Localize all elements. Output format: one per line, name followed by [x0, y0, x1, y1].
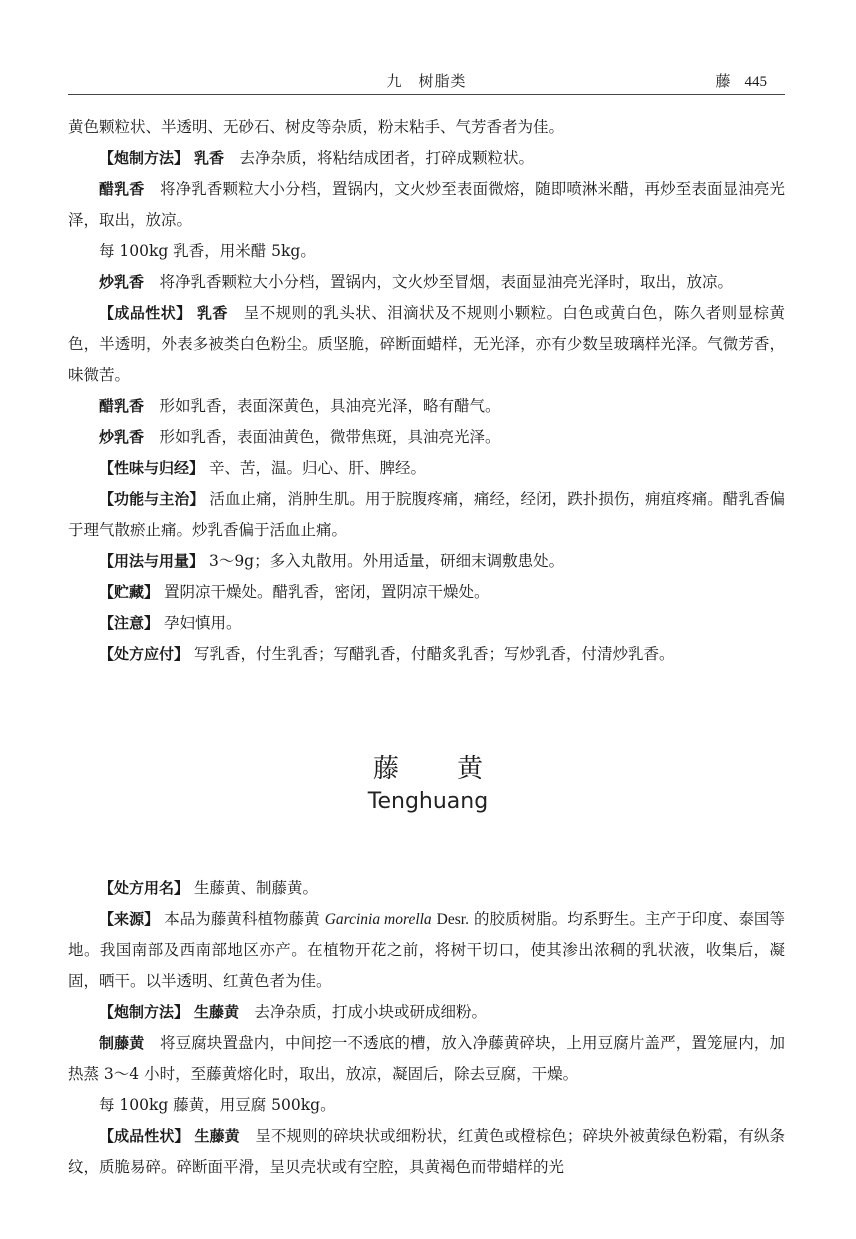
item-text: 形如乳香，表面深黄色，具油亮光泽，略有醋气。 [160, 397, 501, 415]
title-char: 藤 [373, 754, 399, 784]
running-header: 九 树脂类 藤445 [68, 62, 785, 95]
section-label: 【处方用名】 [99, 879, 189, 897]
section-text: 写乳香，付生乳香；写醋乳香，付醋炙乳香；写炒乳香，付清炒乳香。 [194, 645, 675, 663]
characteristics-ruxiang: 【成品性状】 乳香呈不规则的乳头状、泪滴状及不规则小颗粒。白色或黄白色，陈久者则… [68, 298, 785, 391]
item-text: 将净乳香颗粒大小分档，置锅内，文火炒至冒烟，表面显油亮光泽时，取出，放凉。 [160, 273, 734, 291]
latin-author: Desr. [437, 911, 469, 928]
item-name: 炒乳香 [99, 428, 144, 446]
processing-sheng-tenghuang: 【炮制方法】 生藤黄去净杂质，打成小块或研成细粉。 [68, 997, 785, 1028]
dosage: 【用法与用量】 3～9g；多入丸散用。外用适量，研细末调敷患处。 [68, 546, 785, 577]
title-char: 黄 [457, 754, 483, 784]
section-label: 【成品性状】 [99, 304, 192, 322]
entry-title-chinese: 藤黄 [0, 748, 856, 785]
chapter-title: 九 树脂类 [68, 70, 785, 91]
caution: 【注意】 孕妇慎用。 [68, 608, 785, 639]
section-label: 【炮制方法】 [99, 149, 189, 167]
section-label: 【成品性状】 [99, 1127, 189, 1145]
item-text: 去净杂质，打成小块或研成细粉。 [254, 1003, 487, 1021]
function-indication: 【功能与主治】 活血止痛，消肿生肌。用于脘腹疼痛，痛经，经闭，跌扑损伤，痈疽疼痛… [68, 484, 785, 546]
item-text: 将净乳香颗粒大小分档，置锅内，文火炒至表面微熔，随即喷淋米醋，再炒至表面显油亮光… [68, 180, 785, 229]
processing-ruxiang: 【炮制方法】 乳香去净杂质，将粘结成团者，打碎成颗粒状。 [68, 143, 785, 174]
characteristics-cu-ruxiang: 醋乳香形如乳香，表面深黄色，具油亮光泽，略有醋气。 [68, 391, 785, 422]
section-ruxiang-continued: 黄色颗粒状、半透明、无砂石、树皮等杂质，粉末粘手、气芳香者为佳。 【炮制方法】 … [68, 112, 785, 670]
processing-chao-ruxiang: 炒乳香将净乳香颗粒大小分档，置锅内，文火炒至冒烟，表面显油亮光泽时，取出，放凉。 [68, 267, 785, 298]
running-title: 藤 [715, 72, 730, 90]
entry-title: 藤黄 Tenghuang [0, 748, 856, 814]
item-name: 生藤黄 [194, 1003, 239, 1021]
section-label: 【处方应付】 [99, 645, 189, 663]
processing-ratio: 每 100kg 藤黄，用豆腐 500kg。 [68, 1090, 785, 1121]
section-label: 【性味与归经】 [99, 459, 204, 477]
item-name: 醋乳香 [99, 397, 144, 415]
section-text: 本品为藤黄科植物藤黄 [164, 910, 320, 928]
latin-name: Garcinia morella [325, 911, 432, 928]
item-name: 生藤黄 [195, 1127, 240, 1145]
item-name: 醋乳香 [99, 180, 144, 198]
section-text: 置阴凉干燥处。醋乳香，密闭，置阴凉干燥处。 [164, 583, 490, 601]
section-label: 【来源】 [99, 910, 159, 928]
page-number: 445 [745, 74, 768, 90]
section-label: 【用法与用量】 [99, 552, 204, 570]
processing-ratio: 每 100kg 乳香，用米醋 5kg。 [68, 236, 785, 267]
item-text: 去净杂质，将粘结成团者，打碎成颗粒状。 [239, 149, 534, 167]
processing-cu-ruxiang: 醋乳香将净乳香颗粒大小分档，置锅内，文火炒至表面微熔，随即喷淋米醋，再炒至表面显… [68, 174, 785, 236]
storage: 【贮藏】 置阴凉干燥处。醋乳香，密闭，置阴凉干燥处。 [68, 577, 785, 608]
page-info: 藤445 [715, 70, 767, 91]
section-label: 【贮藏】 [99, 583, 159, 601]
characteristics-chao-ruxiang: 炒乳香形如乳香，表面油黄色，微带焦斑，具油亮光泽。 [68, 422, 785, 453]
processing-zhi-tenghuang: 制藤黄将豆腐块置盘内，中间挖一不透底的槽，放入净藤黄碎块，上用豆腐片盖严，置笼屉… [68, 1028, 785, 1090]
section-text: 辛、苦，温。归心、肝、脾经。 [209, 459, 426, 477]
section-text: 孕妇慎用。 [164, 614, 242, 632]
prescription-dispensing: 【处方应付】 写乳香，付生乳香；写醋乳香，付醋炙乳香；写炒乳香，付清炒乳香。 [68, 639, 785, 670]
section-label: 【炮制方法】 [99, 1003, 189, 1021]
source: 【来源】 本品为藤黄科植物藤黄 Garcinia morella Desr. 的… [68, 904, 785, 997]
nature-meridian: 【性味与归经】 辛、苦，温。归心、肝、脾经。 [68, 453, 785, 484]
section-label: 【功能与主治】 [99, 490, 204, 508]
prescription-names: 【处方用名】 生藤黄、制藤黄。 [68, 873, 785, 904]
characteristics-sheng-tenghuang: 【成品性状】 生藤黄呈不规则的碎块状或细粉状，红黄色或橙棕色；碎块外被黄绿色粉霜… [68, 1121, 785, 1183]
section-label: 【注意】 [99, 614, 159, 632]
section-text: 3～9g；多入丸散用。外用适量，研细末调敷患处。 [209, 552, 564, 570]
section-tenghuang: 【处方用名】 生藤黄、制藤黄。 【来源】 本品为藤黄科植物藤黄 Garcinia… [68, 873, 785, 1183]
item-name: 制藤黄 [99, 1034, 144, 1052]
item-name: 乳香 [197, 304, 228, 322]
section-text: 生藤黄、制藤黄。 [194, 879, 318, 897]
item-text: 形如乳香，表面油黄色，微带焦斑，具油亮光泽。 [160, 428, 501, 446]
item-text: 将豆腐块置盘内，中间挖一不透底的槽，放入净藤黄碎块，上用豆腐片盖严，置笼屉内，加… [68, 1034, 785, 1083]
item-name: 乳香 [194, 149, 224, 167]
entry-title-pinyin: Tenghuang [0, 789, 856, 814]
item-name: 炒乳香 [99, 273, 144, 291]
continuation-paragraph: 黄色颗粒状、半透明、无砂石、树皮等杂质，粉末粘手、气芳香者为佳。 [68, 112, 785, 143]
